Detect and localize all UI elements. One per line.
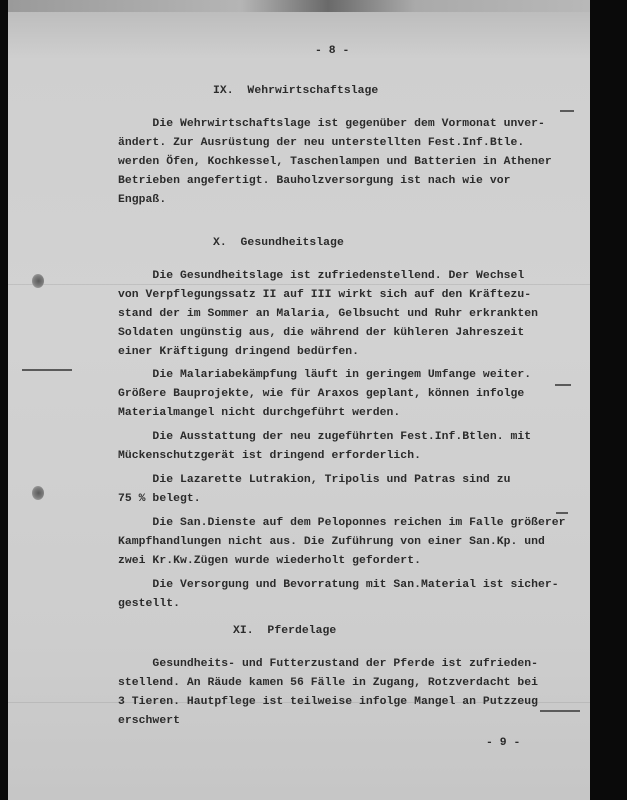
section-heading-xi: XI. Pferdelage — [233, 624, 336, 638]
paragraph-line: erschwert — [118, 714, 180, 728]
paragraph-line: Soldaten ungünstig aus, die während der … — [118, 326, 524, 340]
paragraph-line: Materialmangel nicht durchgeführt werden… — [118, 406, 400, 420]
margin-mark — [22, 369, 72, 371]
margin-mark — [555, 384, 571, 386]
paragraph-line: Die Wehrwirtschaftslage ist gegenüber de… — [118, 117, 545, 131]
paragraph-line: Die Ausstattung der neu zugeführten Fest… — [118, 430, 531, 444]
paragraph-line: Die Gesundheitslage ist zufriedenstellen… — [118, 269, 524, 283]
typewritten-page: - 8 - IX. Wehrwirtschaftslage Die Wehrwi… — [8, 12, 590, 800]
margin-mark — [556, 512, 568, 514]
paragraph-line: Gesundheits- und Futterzustand der Pferd… — [118, 657, 538, 671]
page-number-bottom: - 9 - — [486, 736, 520, 750]
paragraph-line: einer Kräftigung dringend bedürfen. — [118, 345, 359, 359]
paragraph-line: zwei Kr.Kw.Zügen wurde wiederholt geford… — [118, 554, 421, 568]
paragraph-line: Die San.Dienste auf dem Peloponnes reich… — [118, 516, 566, 530]
paragraph-line: Engpaß. — [118, 193, 166, 207]
page-number-top: - 8 - — [315, 44, 349, 58]
fold-line — [8, 284, 590, 285]
paragraph-line: Die Malariabekämpfung läuft in geringem … — [118, 368, 531, 382]
paragraph-line: ändert. Zur Ausrüstung der neu unterstel… — [118, 136, 524, 150]
margin-mark — [560, 110, 574, 112]
paragraph-line: Die Versorgung und Bevorratung mit San.M… — [118, 578, 559, 592]
margin-mark — [540, 710, 580, 712]
paragraph-line: gestellt. — [118, 597, 180, 611]
paragraph-line: stand der im Sommer an Malaria, Gelbsuch… — [118, 307, 538, 321]
paragraph-line: werden Öfen, Kochkessel, Taschenlampen u… — [118, 155, 552, 169]
paragraph-line: 3 Tieren. Hautpflege ist teilweise infol… — [118, 695, 538, 709]
paragraph-line: Größere Bauprojekte, wie für Araxos gepl… — [118, 387, 524, 401]
paragraph-line: Mückenschutzgerät ist dringend erforderl… — [118, 449, 421, 463]
paragraph-line: stellend. An Räude kamen 56 Fälle in Zug… — [118, 676, 538, 690]
paragraph-line: Betrieben angefertigt. Bauholzversorgung… — [118, 174, 510, 188]
paragraph-line: Die Lazarette Lutrakion, Tripolis und Pa… — [118, 473, 510, 487]
paragraph-line: von Verpflegungssatz II auf III wirkt si… — [118, 288, 531, 302]
punch-hole — [32, 486, 44, 500]
section-heading-x: X. Gesundheitslage — [213, 236, 344, 250]
paragraph-line: Kampfhandlungen nicht aus. Die Zuführung… — [118, 535, 545, 549]
section-heading-ix: IX. Wehrwirtschaftslage — [213, 84, 378, 98]
paragraph-line: 75 % belegt. — [118, 492, 201, 506]
punch-hole — [32, 274, 44, 288]
